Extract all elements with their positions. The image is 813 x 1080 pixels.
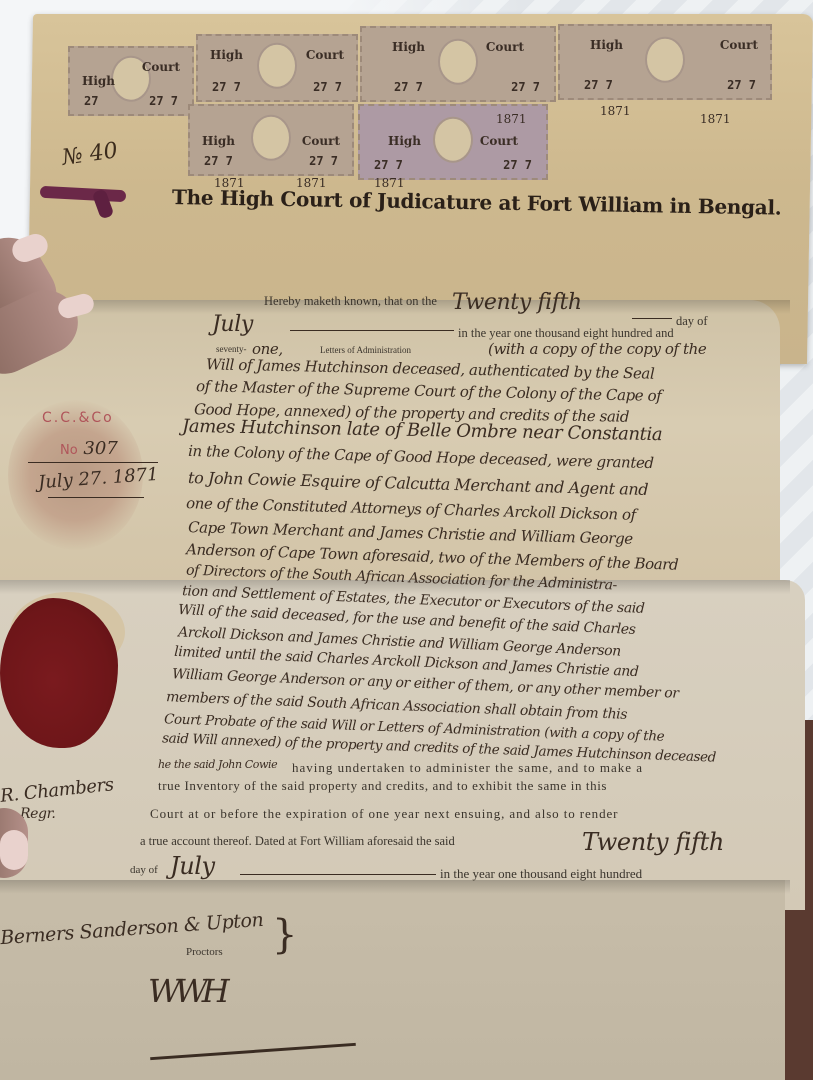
printed-text: Court at or before the expiration of one… [150, 806, 618, 822]
punch-hole [251, 115, 291, 161]
handwritten-day: Twenty fifth [582, 828, 724, 856]
court-fee-stamp: High Court 27 7 27 7 [558, 24, 772, 100]
printed-text: in the year one thousand eight hundred a… [458, 326, 674, 341]
handwritten-text: (with a copy of the copy of the [488, 340, 706, 358]
fill-line [240, 874, 436, 875]
fingernail [0, 830, 28, 870]
printed-text: day of [130, 864, 158, 876]
registrar-title: Regr. [20, 806, 55, 822]
brace-icon: } [272, 912, 297, 958]
court-fee-stamp: High Court 27 27 7 [68, 46, 194, 116]
punch-hole [438, 39, 478, 85]
printed-text: having undertaken to administer the same… [292, 760, 643, 776]
printed-text: in the year one thousand eight hundred [440, 866, 642, 882]
fill-line [28, 462, 158, 463]
court-fee-stamp: High Court 27 7 27 7 [196, 34, 358, 102]
fold-shadow [0, 880, 790, 894]
printed-text: day of [676, 314, 708, 329]
printed-text: seventy- [216, 344, 247, 354]
document-bottom-fold [0, 880, 785, 1080]
printed-text: Letters of Administration [320, 345, 411, 355]
handwritten-day: Twenty fifth [452, 290, 582, 315]
punch-hole [645, 37, 685, 83]
handwritten-month: July [212, 312, 253, 337]
receipt-number: No 307 [60, 438, 118, 459]
fill-line [290, 330, 454, 331]
proctors-label: Proctors [186, 946, 223, 958]
printed-text: a true account thereof. Dated at Fort Wi… [140, 834, 455, 849]
court-fee-stamp: High Court 27 7 27 7 [188, 104, 354, 176]
fill-line [48, 497, 144, 498]
red-wax-seal [0, 598, 118, 748]
fill-line [632, 318, 672, 319]
receipt-company: C.C.&Co [42, 410, 114, 426]
initials-signature: WWH [148, 972, 224, 1010]
punch-hole [433, 117, 473, 163]
court-fee-stamp: High Court 27 7 27 7 [360, 26, 556, 102]
printed-text: true Inventory of the said property and … [158, 778, 607, 794]
handwritten-text: he the said John Cowie [158, 758, 277, 771]
printed-text: Hereby maketh known, that on the [264, 294, 437, 309]
handwritten-month: July [170, 852, 215, 880]
punch-hole [257, 43, 297, 89]
handwritten-text: one, [252, 340, 283, 358]
